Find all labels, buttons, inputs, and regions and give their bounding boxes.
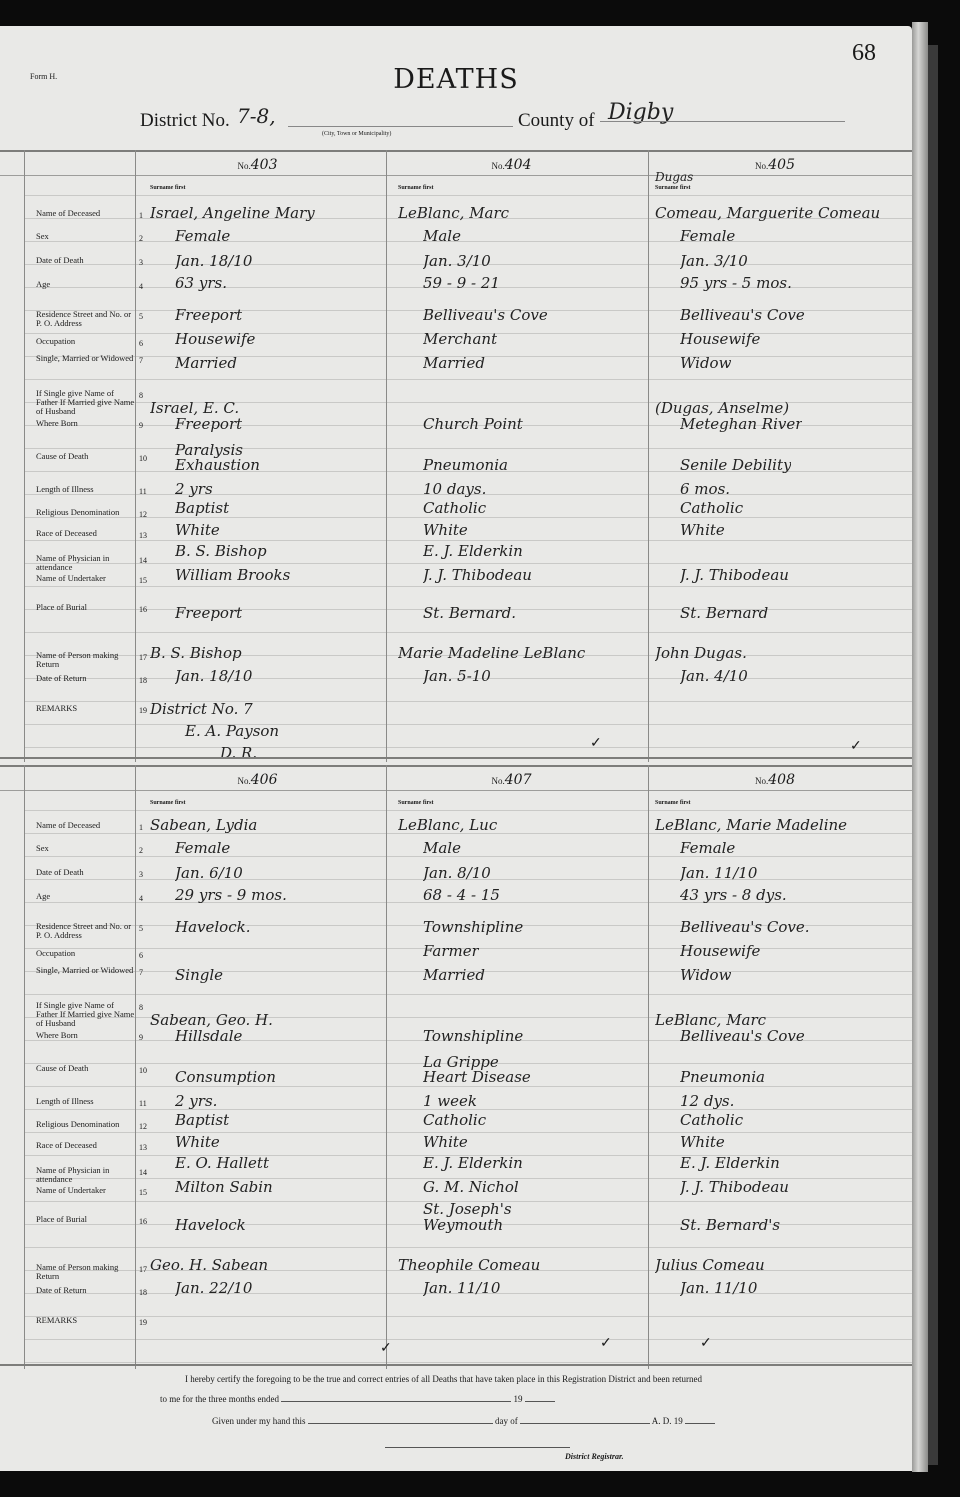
signature-label: District Registrar. <box>565 1452 624 1461</box>
column-rule <box>386 765 387 1369</box>
cell-residence: Belliveau's Cove. <box>680 918 809 936</box>
row-number: 5 <box>139 924 143 933</box>
row-label: Date of Death <box>36 256 136 265</box>
cell-residence: Belliveau's Cove <box>680 306 805 324</box>
row-number: 11 <box>139 487 147 496</box>
surname-hint: Surname first <box>150 800 186 806</box>
cell-where-born: Church Point <box>423 415 523 433</box>
cell-cause-immediate: Senile Debility <box>680 456 791 474</box>
ruled-line <box>25 540 912 541</box>
row-number: 13 <box>139 1143 147 1152</box>
row-label: Religious Denomination <box>36 1120 136 1129</box>
row-label: If Single give Name of Father If Married… <box>36 1001 136 1028</box>
cert-day-field <box>308 1414 493 1424</box>
cell-religion: Catholic <box>680 1111 743 1129</box>
cell-sex: Female <box>680 839 735 857</box>
row-number: 17 <box>139 653 147 662</box>
entry-number: No.407 <box>492 772 532 788</box>
cell-date-of-return: Jan. 4/10 <box>680 667 748 685</box>
row-number: 12 <box>139 1122 147 1131</box>
page-number: 68 <box>852 40 876 67</box>
cell-length-of-illness: 12 dys. <box>680 1092 734 1110</box>
cell-cause-immediate: Heart Disease <box>423 1068 531 1086</box>
row-label: Date of Return <box>36 674 136 683</box>
row-label: Length of Illness <box>36 485 136 494</box>
row-number: 4 <box>139 282 143 291</box>
cell-burial-at: Weymouth <box>423 1216 503 1234</box>
row-label: REMARKS <box>36 704 136 713</box>
row-number: 12 <box>139 510 147 519</box>
cell-name: Comeau, Marguerite Comeau <box>655 204 880 222</box>
cell-residence: Belliveau's Cove <box>423 306 548 324</box>
row-number: 3 <box>139 258 143 267</box>
cell-sex: Female <box>175 839 230 857</box>
cell-length-of-illness: 10 days. <box>423 480 486 498</box>
row-number: 2 <box>139 234 143 243</box>
row-label: Name of Undertaker <box>36 1186 136 1195</box>
cell-cause-immediate: Exhaustion <box>175 456 260 474</box>
row-label: Name of Physician in attendance <box>36 554 136 572</box>
cell-person-making-return: B. S. Bishop <box>150 644 242 662</box>
cell-marital-status: Widow <box>680 354 731 372</box>
surname-hint: Surname first <box>655 185 691 191</box>
row-label: Sex <box>36 232 136 241</box>
entry-number-value: 403 <box>251 157 278 173</box>
ruled-line <box>25 241 912 242</box>
district-label: District No. <box>140 110 230 132</box>
cell-undertaker: J. J. Thibodeau <box>680 1178 789 1196</box>
cell-length-of-illness: 2 yrs <box>175 480 213 498</box>
county-line <box>600 121 845 122</box>
district-sublabel: (City, Town or Municipality) <box>322 131 391 137</box>
cell-age: 59 - 9 - 21 <box>423 274 500 292</box>
row-label: Cause of Death <box>36 1064 136 1073</box>
row-number: 17 <box>139 1265 147 1274</box>
cell-occupation: Merchant <box>423 330 497 348</box>
cell-age: 29 yrs - 9 mos. <box>175 886 287 904</box>
cell-race: White <box>423 521 468 539</box>
cell-occupation: Farmer <box>423 942 479 960</box>
cell-where-born: Freeport <box>175 415 242 433</box>
no-label: No. <box>238 161 251 171</box>
certification-line-3: Given under my hand this day of A. D. 19 <box>212 1414 715 1426</box>
cell-name: LeBlanc, Marie Madeline <box>655 816 847 834</box>
cell-religion: Catholic <box>423 499 486 517</box>
certification-line-1: I hereby certify the foregoing to be the… <box>185 1374 702 1384</box>
margin-rule <box>24 765 25 1369</box>
cell-date-of-return: Jan. 5-10 <box>423 667 491 685</box>
row-label: Single, Married or Widowed <box>36 354 136 363</box>
check-mark: ✓ <box>600 1335 612 1352</box>
ruled-line <box>25 1086 912 1087</box>
cert-ad-year-field <box>685 1414 715 1424</box>
certification-line-2: to me for the three months ended 19 <box>160 1392 555 1404</box>
row-number: 8 <box>139 391 143 400</box>
cell-sex: Male <box>423 227 461 245</box>
cert-ad-label: A. D. 19 <box>652 1416 683 1426</box>
row-label: Residence Street and No. or P. O. Addres… <box>36 922 136 940</box>
row-label: Single, Married or Widowed <box>36 966 136 975</box>
entry-number-value: 407 <box>505 772 532 788</box>
row-number: 6 <box>139 339 143 348</box>
cell-age: 68 - 4 - 15 <box>423 886 500 904</box>
check-mark: ✓ <box>380 1340 392 1357</box>
ruled-line <box>25 994 912 995</box>
ruled-line <box>25 1316 912 1317</box>
no-label: No. <box>492 776 505 786</box>
ruled-line <box>25 724 912 725</box>
ruled-line <box>25 379 912 380</box>
row-number: 1 <box>139 823 143 832</box>
row-number: 15 <box>139 576 147 585</box>
row-number: 7 <box>139 968 143 977</box>
row-label: Where Born <box>36 419 136 428</box>
row-number: 4 <box>139 894 143 903</box>
row-number: 2 <box>139 846 143 855</box>
entry-number: No.406 <box>238 772 278 788</box>
cert-year-field <box>525 1392 555 1402</box>
cell-undertaker: J. J. Thibodeau <box>423 566 532 584</box>
cell-physician: B. S. Bishop <box>175 542 267 560</box>
row-label: Age <box>36 280 136 289</box>
row-number: 5 <box>139 312 143 321</box>
row-label: Residence Street and No. or P. O. Addres… <box>36 310 136 328</box>
cert-three-months-label: to me for the three months ended <box>160 1394 279 1404</box>
ruled-line <box>25 517 912 518</box>
cell-marital-status: Married <box>423 966 485 984</box>
cell-where-born: Meteghan River <box>680 415 802 433</box>
row-number: 14 <box>139 1168 147 1177</box>
surname-hint: Surname first <box>655 800 691 806</box>
county-label: County of <box>518 110 595 132</box>
column-rule <box>386 150 387 762</box>
cell-sex: Female <box>175 227 230 245</box>
cell-name: Sabean, Lydia <box>150 816 257 834</box>
row-number: 19 <box>139 1318 147 1327</box>
row-number: 3 <box>139 870 143 879</box>
cell-date-of-return: Jan. 11/10 <box>680 1279 757 1297</box>
check-mark: ✓ <box>850 738 862 755</box>
cell-person-making-return: Julius Comeau <box>655 1256 765 1274</box>
cell-age: 43 yrs - 8 dys. <box>680 886 787 904</box>
entry-number: No.405 <box>755 157 795 173</box>
cell-marital-status: Married <box>175 354 237 372</box>
entry-number-value: 406 <box>251 772 278 788</box>
entry-number-value: 408 <box>768 772 795 788</box>
cell-name: LeBlanc, Luc <box>398 816 497 834</box>
ruled-line <box>25 195 912 196</box>
cert-given-label: Given under my hand this <box>212 1416 306 1426</box>
row-label: Name of Person making Return <box>36 1263 136 1281</box>
ruled-line <box>25 810 912 811</box>
cell-where-born: Belliveau's Cove <box>680 1027 805 1045</box>
row-number: 15 <box>139 1188 147 1197</box>
cell-date-of-return: Jan. 18/10 <box>175 667 252 685</box>
cell-remarks: District No. 7 <box>150 700 253 718</box>
cell-physician: E. J. Elderkin <box>423 1154 523 1172</box>
cell-physician: E. J. Elderkin <box>423 542 523 560</box>
row-number: 14 <box>139 556 147 565</box>
no-label: No. <box>755 161 768 171</box>
cell-where-born: Townshipline <box>423 1027 523 1045</box>
cell-race: White <box>423 1133 468 1151</box>
district-line <box>288 126 513 127</box>
row-label: Race of Deceased <box>36 1141 136 1150</box>
row-label: Name of Person making Return <box>36 651 136 669</box>
cell-residence: Havelock. <box>175 918 250 936</box>
row-label: Occupation <box>36 337 136 346</box>
cell-person-making-return: Theophile Comeau <box>398 1256 540 1274</box>
row-number: 8 <box>139 1003 143 1012</box>
cell-person-making-return: Marie Madeline LeBlanc <box>398 644 585 662</box>
ruled-line <box>25 1362 912 1363</box>
cell-cause-immediate: Pneumonia <box>680 1068 765 1086</box>
surname-hint: Surname first <box>398 800 434 806</box>
section-top-rule <box>0 765 912 767</box>
cell-marital-status: Widow <box>680 966 731 984</box>
header-rule <box>0 175 912 176</box>
cell-race: White <box>175 521 220 539</box>
cell-undertaker: J. J. Thibodeau <box>680 566 789 584</box>
row-number: 6 <box>139 951 143 960</box>
cell-burial-at: Freeport <box>175 604 242 622</box>
cell-date-of-death: Jan. 6/10 <box>175 864 243 882</box>
cell-name: Israel, Angeline Mary <box>150 204 315 222</box>
row-label: Name of Undertaker <box>36 574 136 583</box>
row-label: Sex <box>36 844 136 853</box>
ruled-line <box>25 1339 912 1340</box>
cell-religion: Baptist <box>175 1111 229 1129</box>
row-number: 16 <box>139 1217 147 1226</box>
row-label: Cause of Death <box>36 452 136 461</box>
cell-date-of-death: Jan. 18/10 <box>175 252 252 270</box>
section-top-rule <box>0 150 912 152</box>
cell-date-of-death: Jan. 11/10 <box>680 864 757 882</box>
cell-age: 63 yrs. <box>175 274 227 292</box>
cert-dayof-label: day of <box>495 1416 518 1426</box>
cell-person-making-return: Geo. H. Sabean <box>150 1256 268 1274</box>
row-label: If Single give Name of Father If Married… <box>36 389 136 416</box>
row-number: 11 <box>139 1099 147 1108</box>
entry-number-value: 404 <box>505 157 532 173</box>
row-number: 7 <box>139 356 143 365</box>
row-label: Where Born <box>36 1031 136 1040</box>
row-number: 18 <box>139 676 147 685</box>
row-number: 10 <box>139 454 147 463</box>
margin-rule <box>24 150 25 762</box>
cell-date-of-death: Jan. 3/10 <box>680 252 748 270</box>
ruled-line <box>25 586 912 587</box>
section-bottom-rule <box>0 757 912 759</box>
entry-number: No.408 <box>755 772 795 788</box>
cert-month-field <box>520 1414 650 1424</box>
cell-name: LeBlanc, Marc <box>398 204 509 222</box>
cell-age: 95 yrs - 5 mos. <box>680 274 792 292</box>
signature-line <box>385 1447 570 1448</box>
row-label: Place of Burial <box>36 603 136 612</box>
no-label: No. <box>238 776 251 786</box>
cell-remarks: D. R. <box>220 744 257 762</box>
row-label: REMARKS <box>36 1316 136 1325</box>
row-label: Occupation <box>36 949 136 958</box>
cell-cause-immediate: Pneumonia <box>423 456 508 474</box>
row-number: 1 <box>139 211 143 220</box>
column-rule <box>648 765 649 1369</box>
cell-residence: Freeport <box>175 306 242 324</box>
cell-burial-at: St. Bernard <box>680 604 768 622</box>
cell-marital-status: Married <box>423 354 485 372</box>
cell-remarks: E. A. Payson <box>185 722 279 740</box>
cell-date-of-return: Jan. 11/10 <box>423 1279 500 1297</box>
row-number: 13 <box>139 531 147 540</box>
cell-length-of-illness: 1 week <box>423 1092 477 1110</box>
entry-number: No.404 <box>492 157 532 173</box>
cell-person-making-return: John Dugas. <box>655 644 747 662</box>
page-edge <box>912 22 928 1472</box>
cell-physician: E. J. Elderkin <box>680 1154 780 1172</box>
cert-year-label: 19 <box>513 1394 522 1404</box>
row-label: Name of Deceased <box>36 821 136 830</box>
cell-occupation: Housewife <box>680 942 760 960</box>
page-title: DEATHS <box>0 64 912 95</box>
ruled-line <box>25 563 912 564</box>
ruled-line <box>25 747 912 748</box>
row-number: 18 <box>139 1288 147 1297</box>
row-number: 9 <box>139 421 143 430</box>
cell-occupation: Housewife <box>175 330 255 348</box>
ruled-line <box>25 1132 912 1133</box>
cell-burial-at: St. Bernard. <box>423 604 516 622</box>
cell-race: White <box>175 1133 220 1151</box>
cell-religion: Catholic <box>423 1111 486 1129</box>
row-label: Length of Illness <box>36 1097 136 1106</box>
cell-undertaker: William Brooks <box>175 566 290 584</box>
cell-date-of-death: Jan. 8/10 <box>423 864 491 882</box>
row-number: 19 <box>139 706 147 715</box>
entry-number: No.403 <box>238 157 278 173</box>
check-mark: ✓ <box>590 735 602 752</box>
no-label: No. <box>492 161 505 171</box>
cell-date-of-return: Jan. 22/10 <box>175 1279 252 1297</box>
cell-burial-at: Havelock <box>175 1216 246 1234</box>
cell-length-of-illness: 2 yrs. <box>175 1092 217 1110</box>
row-label: Date of Return <box>36 1286 136 1295</box>
name-correction: Dugas <box>655 170 693 184</box>
row-label: Name of Physician in attendance <box>36 1166 136 1184</box>
row-label: Age <box>36 892 136 901</box>
cell-cause-immediate: Consumption <box>175 1068 276 1086</box>
book-edge <box>928 45 938 1465</box>
cell-undertaker: G. M. Nichol <box>423 1178 519 1196</box>
cell-sex: Male <box>423 839 461 857</box>
surname-hint: Surname first <box>398 185 434 191</box>
row-number: 9 <box>139 1033 143 1042</box>
ruled-line <box>25 1247 912 1248</box>
cell-occupation: Housewife <box>680 330 760 348</box>
ruled-line <box>25 856 912 857</box>
ruled-line <box>25 632 912 633</box>
cell-race: White <box>680 1133 725 1151</box>
section-bottom-rule <box>0 1364 912 1366</box>
cell-where-born: Hillsdale <box>175 1027 242 1045</box>
column-rule <box>648 150 649 762</box>
cell-sex: Female <box>680 227 735 245</box>
row-label: Race of Deceased <box>36 529 136 538</box>
district-value: 7-8, <box>237 104 276 128</box>
cell-physician: E. O. Hallett <box>175 1154 269 1172</box>
cell-residence: Townshipline <box>423 918 523 936</box>
cell-religion: Baptist <box>175 499 229 517</box>
cell-date-of-death: Jan. 3/10 <box>423 252 491 270</box>
row-label: Place of Burial <box>36 1215 136 1224</box>
cell-race: White <box>680 521 725 539</box>
row-number: 16 <box>139 605 147 614</box>
cert-months-ended-field <box>281 1392 511 1402</box>
row-label: Name of Deceased <box>36 209 136 218</box>
entry-number-value: 405 <box>768 157 795 173</box>
row-label: Date of Death <box>36 868 136 877</box>
surname-hint: Surname first <box>150 185 186 191</box>
cell-marital-status: Single <box>175 966 223 984</box>
no-label: No. <box>755 776 768 786</box>
row-number: 10 <box>139 1066 147 1075</box>
cell-burial-at: St. Bernard's <box>680 1216 780 1234</box>
cell-length-of-illness: 6 mos. <box>680 480 730 498</box>
check-mark: ✓ <box>700 1335 712 1352</box>
row-label: Religious Denomination <box>36 508 136 517</box>
header-rule <box>0 790 912 791</box>
ruled-line <box>25 448 912 449</box>
cell-undertaker: Milton Sabin <box>175 1178 273 1196</box>
cell-religion: Catholic <box>680 499 743 517</box>
